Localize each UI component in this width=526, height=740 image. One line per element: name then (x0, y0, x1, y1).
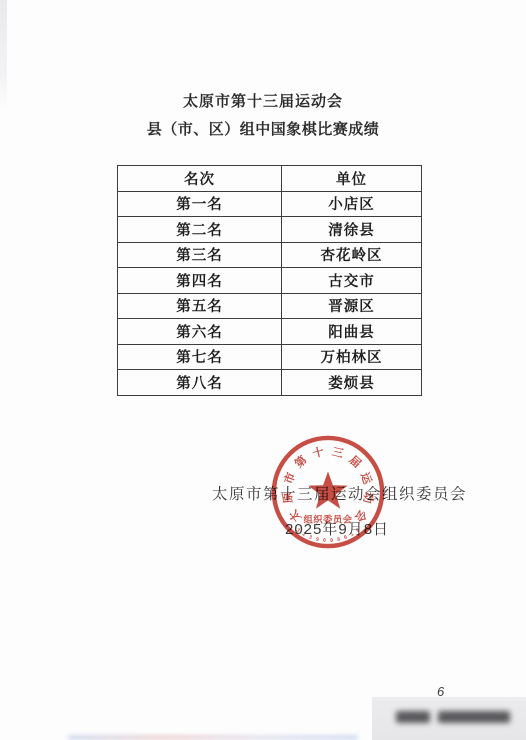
svg-text:8: 8 (337, 537, 341, 544)
table-row: 第六名 阳曲县 (118, 319, 422, 345)
svg-text:1: 1 (349, 531, 355, 538)
rank-cell: 第三名 (118, 242, 282, 268)
unit-cell: 小店区 (282, 191, 422, 217)
unit-cell: 晋源区 (282, 293, 422, 319)
unit-cell: 清徐县 (282, 217, 422, 243)
table-row: 第八名 娄烦县 (118, 370, 422, 396)
rank-cell: 第七名 (118, 344, 282, 370)
results-table: 名次 单位 第一名 小店区 第二名 清徐县 第三名 杏花岭区 第四名 古交市 第… (117, 165, 422, 396)
svg-text:动: 动 (361, 491, 377, 505)
table-row: 第三名 杏花岭区 (118, 242, 422, 268)
table-row: 第四名 古交市 (118, 268, 422, 294)
official-seal-stamp-icon: 太原市第十三届运动会 组织委员会 0108009323 (269, 433, 387, 551)
svg-text:届: 届 (346, 453, 364, 471)
svg-text:三: 三 (331, 445, 346, 461)
svg-text:会: 会 (352, 507, 370, 525)
rank-cell: 第五名 (118, 293, 282, 319)
unit-cell: 杏花岭区 (282, 242, 422, 268)
rank-cell: 第六名 (118, 319, 282, 345)
unit-cell: 万柏林区 (282, 344, 422, 370)
table-row: 第一名 小店区 (118, 191, 422, 217)
svg-text:0: 0 (323, 538, 326, 544)
column-header-unit: 单位 (282, 166, 422, 192)
seal-bottom-text: 组织委员会 (303, 513, 352, 524)
table-header-row: 名次 单位 (118, 166, 422, 192)
svg-text:十: 十 (311, 444, 326, 460)
svg-text:9: 9 (315, 537, 319, 544)
column-header-rank: 名次 (118, 166, 282, 192)
svg-text:太: 太 (286, 507, 304, 525)
unit-cell: 古交市 (282, 268, 422, 294)
scan-artifact-smudge (68, 735, 358, 740)
svg-text:0: 0 (330, 538, 333, 544)
seal-star-icon (308, 471, 347, 508)
rank-cell: 第四名 (118, 268, 282, 294)
rank-cell: 第八名 (118, 370, 282, 396)
table-row: 第五名 晋源区 (118, 293, 422, 319)
svg-text:市: 市 (281, 470, 298, 486)
blurred-watermark (396, 711, 430, 723)
rank-cell: 第二名 (118, 217, 282, 243)
blurred-watermark (438, 711, 510, 723)
svg-text:0: 0 (343, 534, 348, 541)
table-row: 第二名 清徐县 (118, 217, 422, 243)
rank-cell: 第一名 (118, 191, 282, 217)
svg-text:第: 第 (292, 452, 310, 470)
document-title: 太原市第十三届运动会 (0, 90, 526, 111)
document-subtitle: 县（市、区）组中国象棋比赛成绩 (0, 118, 526, 139)
scan-footer-strip (372, 697, 526, 740)
svg-text:3: 3 (308, 534, 313, 541)
unit-cell: 娄烦县 (282, 370, 422, 396)
svg-text:原: 原 (280, 490, 296, 504)
svg-text:运: 运 (358, 470, 375, 486)
table-row: 第七名 万柏林区 (118, 344, 422, 370)
unit-cell: 阳曲县 (282, 319, 422, 345)
svg-text:2: 2 (301, 531, 307, 538)
